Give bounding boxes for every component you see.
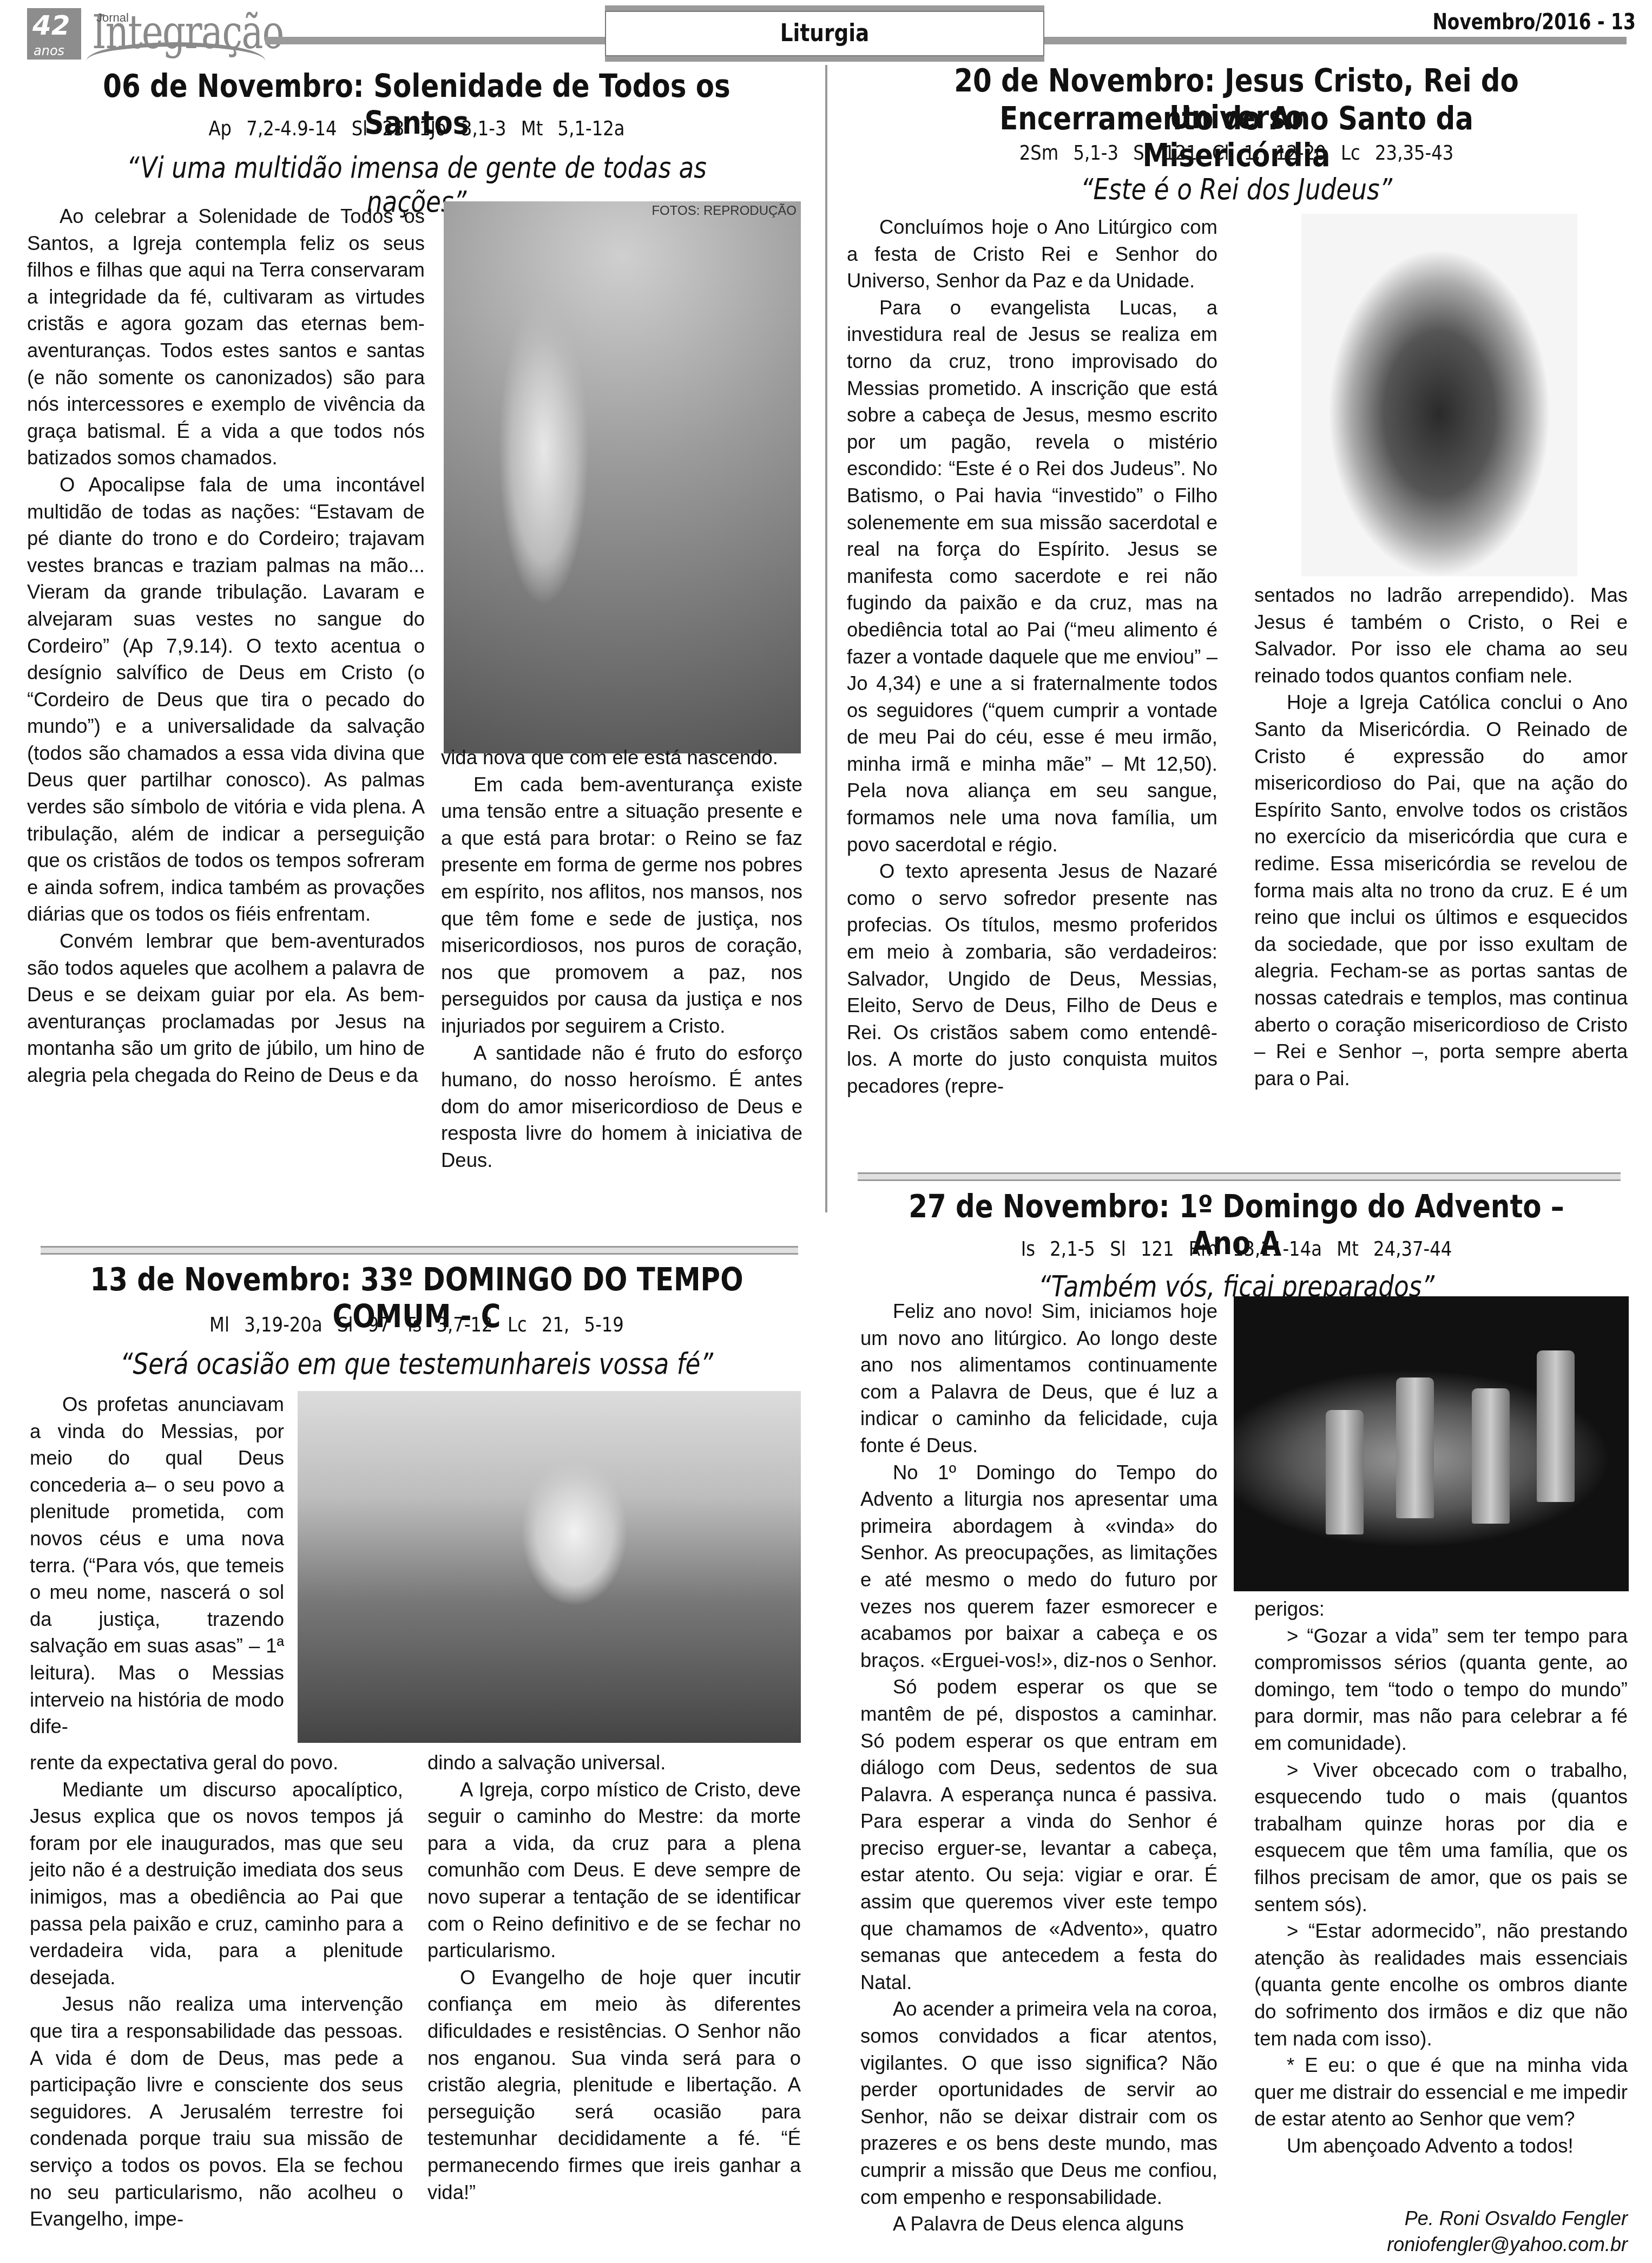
article-1-column-2: vida nova que com ele está nascendo. Em … <box>441 744 802 1174</box>
paragraph: > “Estar adormecido”, não prestando aten… <box>1254 1918 1628 2052</box>
paragraph: O Apocalipse fala de uma incontável mult… <box>27 471 425 928</box>
issue-date-page: Novembro/2016 - 13 <box>1433 10 1636 35</box>
paragraph: A Palavra de Deus elenca alguns <box>860 2210 1217 2238</box>
article-2-column-2: dindo a salvação universal. A Igreja, co… <box>427 1749 801 2206</box>
paragraph: Jesus não realiza uma intervenção que ti… <box>30 1991 403 2232</box>
paragraph: O Evangelho de hoje quer incutir confian… <box>427 1964 801 2206</box>
article-3-column-2: sentados no ladrão arrependido). Mas Jes… <box>1254 582 1628 1092</box>
candle-icon <box>1472 1388 1510 1524</box>
column-divider <box>825 65 827 1212</box>
paragraph: Ao acender a primeira vela na coroa, som… <box>860 1996 1217 2210</box>
section-label-box: Liturgia <box>605 11 1044 56</box>
article-2-quote: “Será ocasião em que testemunhareis voss… <box>89 1347 744 1381</box>
paragraph: Para o evangelista Lucas, a investidura … <box>847 294 1217 858</box>
paragraph: Os profetas anunciavam a vinda do Messia… <box>30 1391 284 1740</box>
logo-years: 42 <box>32 10 70 41</box>
header-rule-left <box>265 37 605 44</box>
paragraph: No 1º Domingo do Tempo do Advento a litu… <box>860 1459 1217 1674</box>
photo-credit: FOTOS: REPRODUÇÃO <box>651 204 797 219</box>
article-1-readings: Ap 7,2-4.9-14 Sl 23 1Jo 3,1-3 Mt 5,1-12a <box>85 116 748 140</box>
author-name: Pe. Roni Osvaldo Fengler <box>1387 2206 1628 2232</box>
article-4-column-1: Feliz ano novo! Sim, iniciamos hoje um n… <box>860 1298 1217 2238</box>
author-signature: Pe. Roni Osvaldo Fengler roniofengler@ya… <box>1387 2206 1628 2258</box>
header-rule-right <box>1042 37 1627 44</box>
author-email[interactable]: roniofengler@yahoo.com.br <box>1387 2232 1628 2258</box>
paragraph: Ao celebrar a Solenidade de Todos os San… <box>27 203 425 471</box>
article-2-intro: Os profetas anunciavam a vinda do Messia… <box>30 1391 284 1740</box>
jesus-with-crowd-image: FOTOS: REPRODUÇÃO <box>444 201 801 753</box>
candle-icon <box>1537 1350 1575 1502</box>
section-label: Liturgia <box>639 12 1011 55</box>
section-divider <box>858 1172 1621 1181</box>
paragraph: * E eu: o que é que na minha vida quer m… <box>1254 2052 1628 2133</box>
section-divider <box>41 1246 798 1255</box>
paragraph: Só podem esperar os que se mantêm de pé,… <box>860 1674 1217 1996</box>
article-4-column-2: perigos: > “Gozar a vida” sem ter tempo … <box>1254 1596 1628 2159</box>
jesus-teaching-image <box>298 1391 801 1743</box>
article-1-column-1: Ao celebrar a Solenidade de Todos os San… <box>27 203 425 1089</box>
closing-line: Um abençoado Advento a todos! <box>1254 2133 1628 2160</box>
paragraph: Em cada bem-aventurança existe uma tensã… <box>441 771 802 1040</box>
article-3-quote: “Este é o Rei dos Judeus” <box>911 172 1561 206</box>
logo-years-label: anos <box>34 43 64 58</box>
article-3-readings: 2Sm 5,1-3 Sl 121 Cl 1, 12-20 Lc 23,35-43 <box>907 141 1565 165</box>
paragraph: sentados no ladrão arrependido). Mas Jes… <box>1254 582 1628 689</box>
candle-icon <box>1326 1410 1364 1534</box>
paragraph: vida nova que com ele está nascendo. <box>441 744 802 771</box>
paragraph: O texto apresenta Jesus de Nazaré como o… <box>847 858 1217 1099</box>
advent-candles-image <box>1234 1296 1629 1591</box>
paragraph: Concluímos hoje o Ano Litúrgico com a fe… <box>847 214 1217 294</box>
logo-small-label: Jornal <box>96 11 129 25</box>
paragraph: > Viver obcecado com o trabalho, esquece… <box>1254 1757 1628 1918</box>
candle-icon <box>1396 1378 1434 1518</box>
paragraph: A Igreja, corpo místico de Cristo, deve … <box>427 1776 801 1964</box>
article-4-readings: Is 2,1-5 Sl 121 Rm 13,11-14a Mt 24,37-44 <box>907 1237 1565 1261</box>
paragraph: A santidade não é fruto do esforço human… <box>441 1040 802 1174</box>
paragraph: Feliz ano novo! Sim, iniciamos hoje um n… <box>860 1298 1217 1459</box>
article-2-readings: Ml 3,19-20a Sl 97 Ts 3,7-12 Lc 21, 5-19 <box>85 1313 748 1336</box>
paragraph: perigos: <box>1254 1596 1628 1623</box>
paragraph: Hoje a Igreja Católica conclui o Ano San… <box>1254 689 1628 1092</box>
paragraph: Mediante um discurso apocalíptico, Jesus… <box>30 1776 403 1991</box>
paragraph: Convém lembrar que bem-aventurados são t… <box>27 928 425 1089</box>
jesus-carrying-cross-image <box>1301 214 1577 576</box>
paragraph: > “Gozar a vida” sem ter tempo para comp… <box>1254 1623 1628 1757</box>
article-3-column-1: Concluímos hoje o Ano Litúrgico com a fe… <box>847 214 1217 1100</box>
paragraph: rente da expectativa geral do povo. <box>30 1749 403 1776</box>
article-2-column-1: rente da expectativa geral do povo. Medi… <box>30 1749 403 2233</box>
paragraph: dindo a salvação universal. <box>427 1749 801 1776</box>
